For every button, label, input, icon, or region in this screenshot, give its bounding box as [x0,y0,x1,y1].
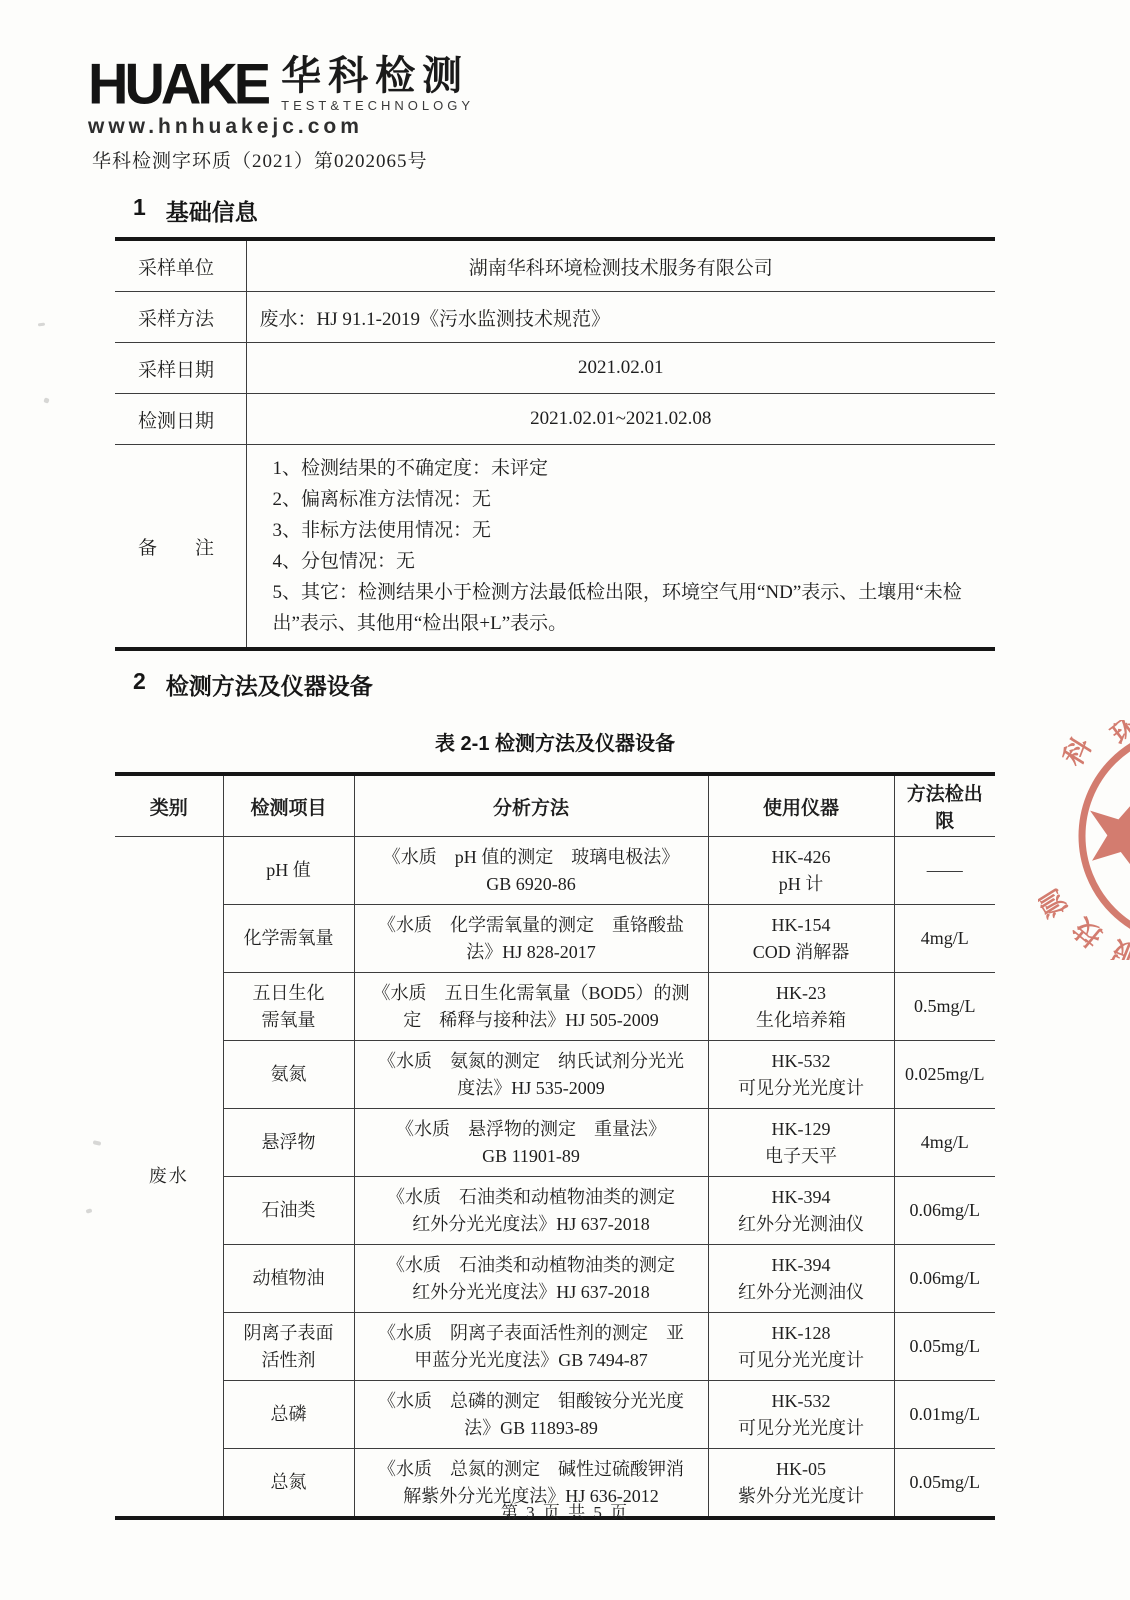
category-cell: 废水 [115,837,223,1519]
instrument-cell: HK-128 可见分光光度计 [708,1313,894,1381]
instrument-cell: HK-129 电子天平 [708,1109,894,1177]
company-website: www.hnhuakejc.com [88,115,474,139]
table-2-1-title: 表 2-1 检测方法及仪器设备 [115,727,995,756]
item-cell: 化学需氧量 [223,905,354,973]
scan-speck [43,397,49,403]
method-cell: 《水质 阴离子表面活性剂的测定 亚 甲蓝分光光度法》GB 7494-87 [354,1313,708,1381]
stamp-circle [1082,730,1130,942]
limit-cell: 0.5mg/L [894,973,995,1041]
item-cell: 总磷 [223,1381,354,1449]
limit-cell: 0.01mg/L [894,1381,995,1449]
info-value: 湖南华科环境检测技术服务有限公司 [246,239,995,292]
scan-speck [93,1140,102,1146]
method-cell: 《水质 悬浮物的测定 重量法》 GB 11901-89 [354,1109,708,1177]
method-row-animal-vegetable-oil: 动植物油 《水质 石油类和动植物油类的测定 红外分光光度法》HJ 637-201… [115,1245,995,1313]
document-number: 华科检测字环质（2021）第0202065号 [92,146,428,173]
item-cell: pH 值 [223,837,354,905]
remark-line: 2、偏离标准方法情况：无 [273,484,980,515]
section1-title: 基础信息 [166,194,258,227]
instrument-cell: HK-23 生化培养箱 [708,973,894,1041]
remark-line: 3、非标方法使用情况：无 [273,515,980,546]
stamp-char: 测 [1038,884,1073,923]
instrument-cell: HK-394 红外分光测油仪 [708,1177,894,1245]
limit-cell: 4mg/L [894,1109,995,1177]
method-cell: 《水质 石油类和动植物油类的测定 红外分光光度法》HJ 637-2018 [354,1245,708,1313]
item-cell: 悬浮物 [223,1109,354,1177]
company-stamp: 科 环 测 技 服 [1038,720,1130,960]
method-row-suspended-solids: 悬浮物 《水质 悬浮物的测定 重量法》 GB 11901-89 HK-129 电… [115,1109,995,1177]
huake-logo-wordmark: HUAKE [88,55,267,112]
section2-heading: 2 检测方法及仪器设备 [133,668,373,701]
column-header-method: 分析方法 [354,774,708,837]
remark-label: 备 注 [115,445,246,650]
method-cell: 《水质 化学需氧量的测定 重铬酸盐 法》HJ 828-2017 [354,905,708,973]
limit-cell: 0.05mg/L [894,1313,995,1381]
limit-cell: —— [894,837,995,905]
limit-cell: 0.025mg/L [894,1041,995,1109]
remark-list: 1、检测结果的不确定度：未评定 2、偏离标准方法情况：无 3、非标方法使用情况：… [260,445,988,647]
instrument-cell: HK-154 COD 消解器 [708,905,894,973]
method-table-header: 类别 检测项目 分析方法 使用仪器 方法检出限 [115,774,995,837]
remark-line: 5、其它：检测结果小于检测方法最低检出限，环境空气用“ND”表示、土壤用“未检出… [273,577,980,639]
section1-heading: 1 基础信息 [133,194,258,227]
section2-title: 检测方法及仪器设备 [166,668,373,701]
item-cell: 阴离子表面 活性剂 [223,1313,354,1381]
info-label: 检测日期 [115,394,246,445]
stamp-star-icon [1076,783,1130,881]
method-cell: 《水质 石油类和动植物油类的测定 红外分光光度法》HJ 637-2018 [354,1177,708,1245]
info-row-remarks: 备 注 1、检测结果的不确定度：未评定 2、偏离标准方法情况：无 3、非标方法使… [115,445,995,650]
method-row-cod: 化学需氧量 《水质 化学需氧量的测定 重铬酸盐 法》HJ 828-2017 HK… [115,905,995,973]
info-label: 采样方法 [115,292,246,343]
remark-line: 4、分包情况：无 [273,546,980,577]
limit-cell: 0.06mg/L [894,1245,995,1313]
column-header-item: 检测项目 [223,774,354,837]
method-cell: 《水质 氨氮的测定 纳氏试剂分光光 度法》HJ 535-2009 [354,1041,708,1109]
method-table: 类别 检测项目 分析方法 使用仪器 方法检出限 废水 pH 值 《水质 pH 值… [115,772,995,1520]
letterhead: HUAKE 华科检测 TEST&TECHNOLOGY www.hnhuakejc… [88,54,474,139]
method-row-anionic-surfactant: 阴离子表面 活性剂 《水质 阴离子表面活性剂的测定 亚 甲蓝分光光度法》GB 7… [115,1313,995,1381]
item-cell: 氨氮 [223,1041,354,1109]
method-row-ph: 废水 pH 值 《水质 pH 值的测定 玻璃电极法》 GB 6920-86 HK… [115,837,995,905]
method-row-total-phosphorus: 总磷 《水质 总磷的测定 钼酸铵分光光度 法》GB 11893-89 HK-53… [115,1381,995,1449]
limit-cell: 4mg/L [894,905,995,973]
instrument-cell: HK-532 可见分光光度计 [708,1381,894,1449]
scan-speck [38,323,45,327]
huake-logo-chinese: 华科检测 [281,54,474,98]
info-label: 采样日期 [115,343,246,394]
info-value: 2021.02.01 [246,343,995,394]
info-row-sampling-unit: 采样单位 湖南华科环境检测技术服务有限公司 [115,239,995,292]
item-cell: 石油类 [223,1177,354,1245]
basic-info-table: 采样单位 湖南华科环境检测技术服务有限公司 采样方法 废水：HJ 91.1-20… [115,237,995,651]
method-row-bod5: 五日生化 需氧量 《水质 五日生化需氧量（BOD5）的测 定 稀释与接种法》HJ… [115,973,995,1041]
huake-logo: HUAKE 华科检测 TEST&TECHNOLOGY [88,54,474,113]
method-row-ammonia: 氨氮 《水质 氨氮的测定 纳氏试剂分光光 度法》HJ 535-2009 HK-5… [115,1041,995,1109]
item-cell: 五日生化 需氧量 [223,973,354,1041]
stamp-char: 科 [1058,732,1098,771]
method-row-petroleum: 石油类 《水质 石油类和动植物油类的测定 红外分光光度法》HJ 637-2018… [115,1177,995,1245]
limit-cell: 0.06mg/L [894,1177,995,1245]
info-label: 采样单位 [115,239,246,292]
item-cell: 动植物油 [223,1245,354,1313]
info-row-sampling-date: 采样日期 2021.02.01 [115,343,995,394]
instrument-cell: HK-394 红外分光测油仪 [708,1245,894,1313]
report-page: HUAKE 华科检测 TEST&TECHNOLOGY www.hnhuakejc… [0,0,1130,1600]
method-cell: 《水质 五日生化需氧量（BOD5）的测 定 稀释与接种法》HJ 505-2009 [354,973,708,1041]
section2-number: 2 [133,668,146,701]
section1-number: 1 [133,194,146,227]
stamp-char: 服 [1108,934,1130,960]
stamp-char: 环 [1106,720,1130,751]
info-row-sampling-method: 采样方法 废水：HJ 91.1-2019《污水监测技术规范》 [115,292,995,343]
method-cell: 《水质 总磷的测定 钼酸铵分光光度 法》GB 11893-89 [354,1381,708,1449]
column-header-limit: 方法检出限 [894,774,995,837]
method-cell: 《水质 pH 值的测定 玻璃电极法》 GB 6920-86 [354,837,708,905]
stamp-graphic: 科 环 测 技 服 [1038,720,1130,960]
info-row-test-date: 检测日期 2021.02.01~2021.02.08 [115,394,995,445]
column-header-category: 类别 [115,774,223,837]
stamp-char: 技 [1068,912,1108,952]
scan-speck [86,1208,93,1213]
info-value: 2021.02.01~2021.02.08 [246,394,995,445]
instrument-cell: HK-532 可见分光光度计 [708,1041,894,1109]
page-footer: 第 3 页 共 5 页 [0,1498,1130,1523]
instrument-cell: HK-426 pH 计 [708,837,894,905]
huake-logo-subtitle: TEST&TECHNOLOGY [281,98,474,113]
remark-line: 1、检测结果的不确定度：未评定 [273,453,980,484]
column-header-instrument: 使用仪器 [708,774,894,837]
info-value: 废水：HJ 91.1-2019《污水监测技术规范》 [246,292,995,343]
